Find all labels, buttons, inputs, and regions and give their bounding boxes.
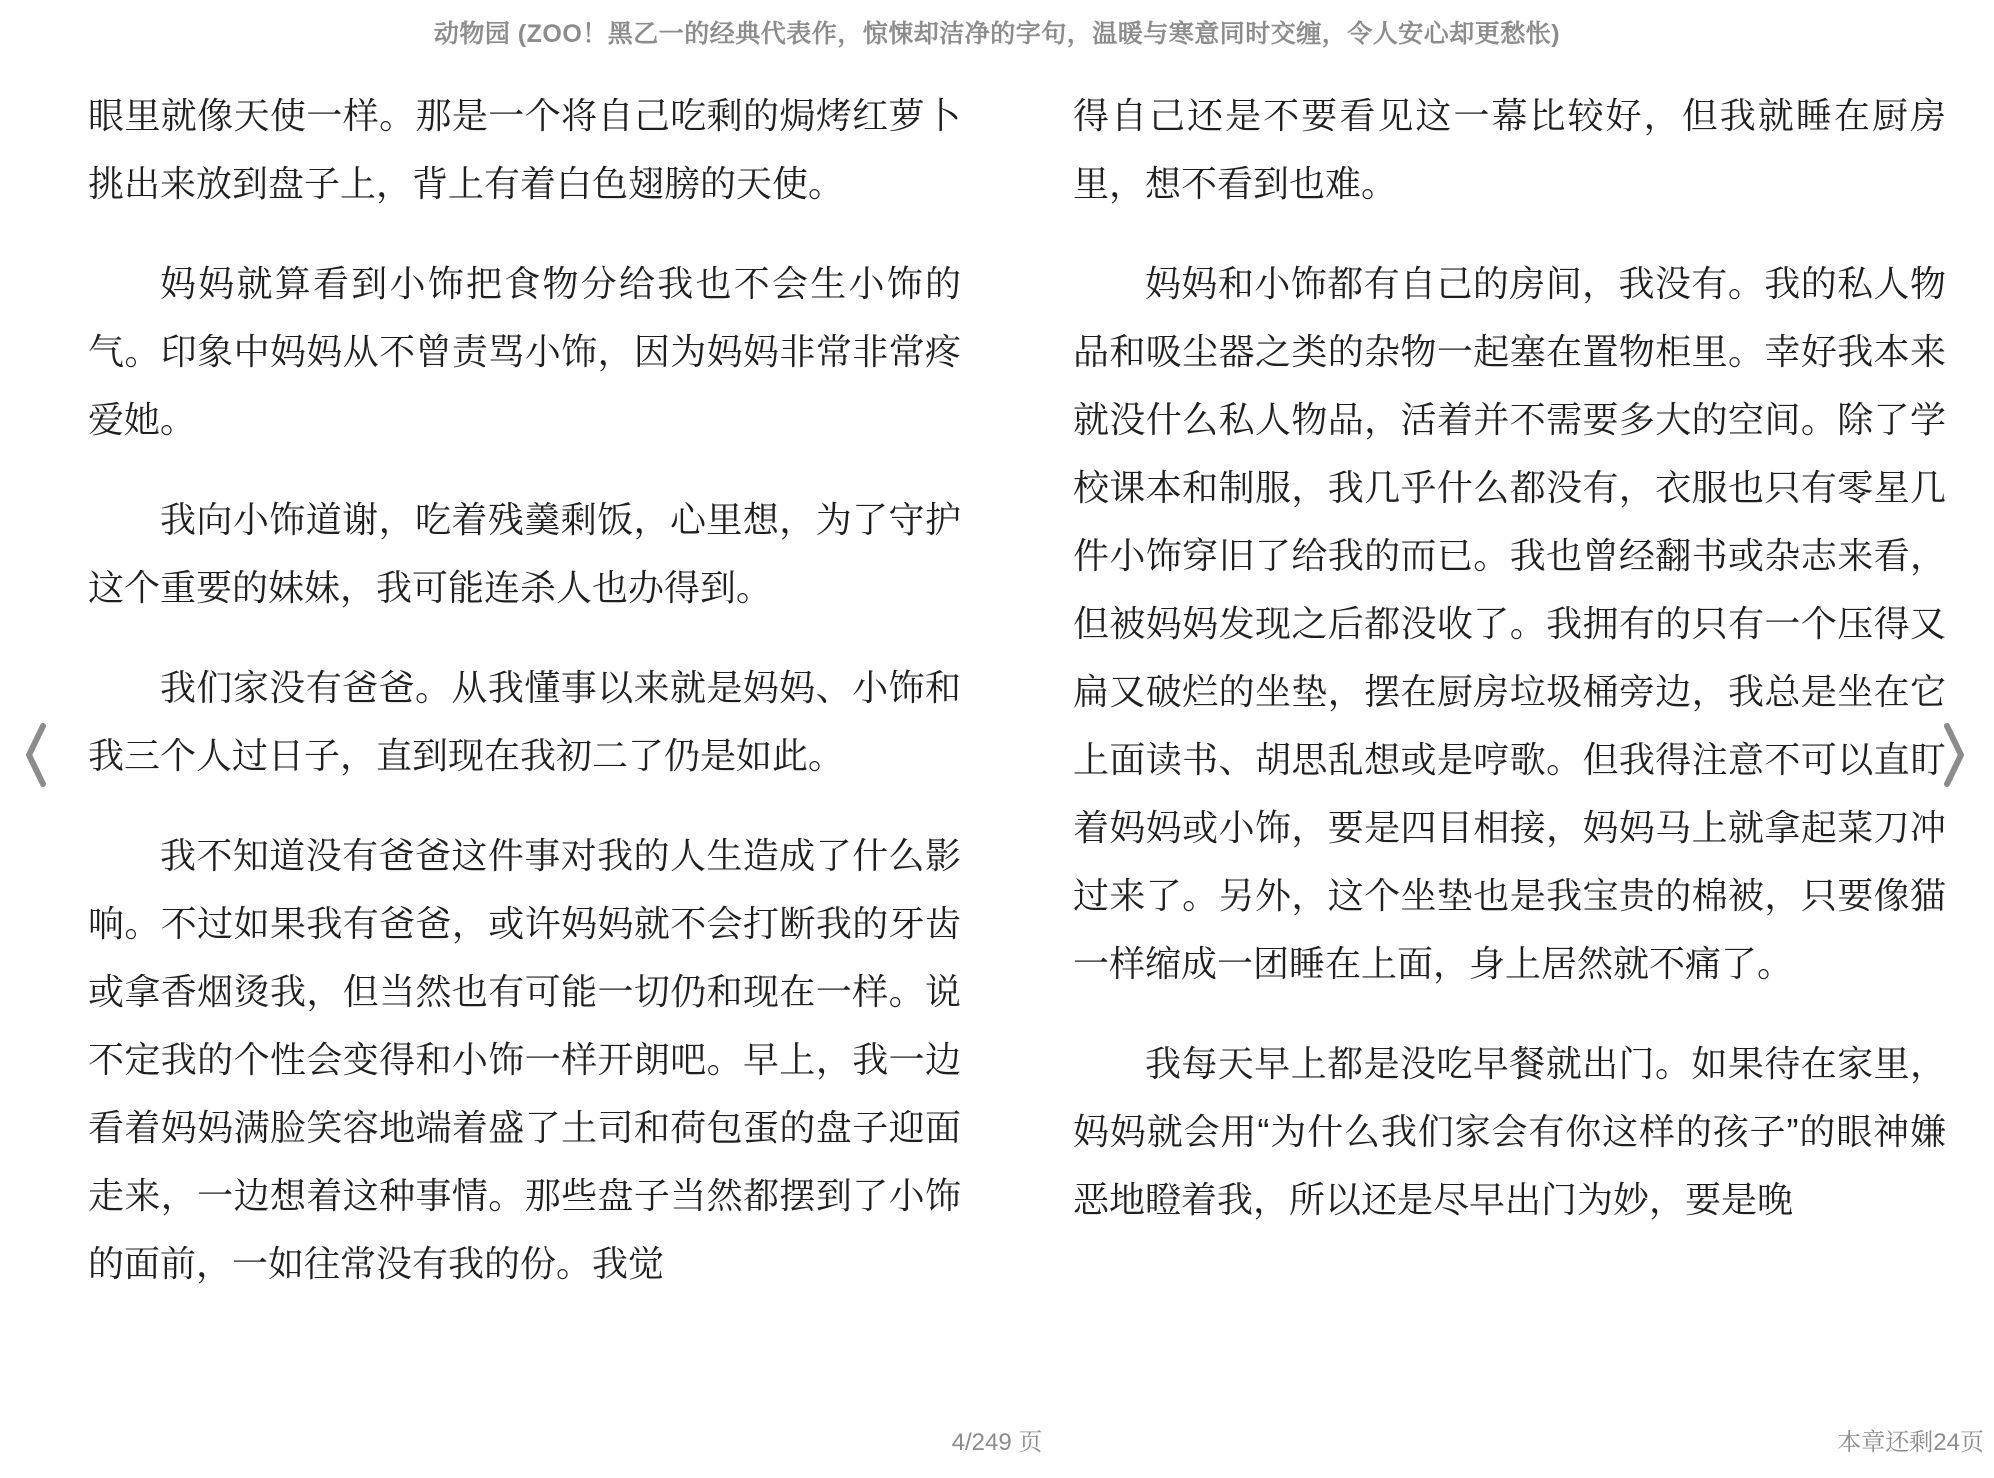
left-page-column: 眼里就像天使一样。那是一个将自己吃剩的焗烤红萝卜挑出来放到盘子上，背上有着白色翅… (88, 82, 961, 1298)
book-title: 动物园 (ZOO！黑乙一的经典代表作，惊悚却洁净的字句，温暖与寒意同时交缠，令人… (0, 14, 1994, 50)
paragraph: 眼里就像天使一样。那是一个将自己吃剩的焗烤红萝卜挑出来放到盘子上，背上有着白色翅… (88, 82, 961, 218)
right-page-column: 得自己还是不要看见这一幕比较好，但我就睡在厨房里，想不看到也难。 妈妈和小饰都有… (1073, 82, 1946, 1298)
paragraph: 我向小饰道谢，吃着残羹剩饭，心里想，为了守护这个重要的妹妹，我可能连杀人也办得到… (88, 486, 961, 622)
reading-area: 眼里就像天使一样。那是一个将自己吃剩的焗烤红萝卜挑出来放到盘子上，背上有着白色翅… (88, 82, 1946, 1298)
paragraph: 得自己还是不要看见这一幕比较好，但我就睡在厨房里，想不看到也难。 (1073, 82, 1946, 218)
reader-footer: 4/249 页 本章还剩24页 (0, 1422, 1994, 1458)
paragraph: 妈妈和小饰都有自己的房间，我没有。我的私人物品和吸尘器之类的杂物一起塞在置物柜里… (1073, 250, 1946, 998)
paragraph: 妈妈就算看到小饰把食物分给我也不会生小饰的气。印象中妈妈从不曾责骂小饰，因为妈妈… (88, 250, 961, 454)
paragraph: 我们家没有爸爸。从我懂事以来就是妈妈、小饰和我三个人过日子，直到现在我初二了仍是… (88, 654, 961, 790)
paragraph: 我每天早上都是没吃早餐就出门。如果待在家里，妈妈就会用“为什么我们家会有你这样的… (1073, 1030, 1946, 1234)
chapter-remaining-label: 本章还剩24页 (1837, 1422, 1984, 1457)
paragraph: 我不知道没有爸爸这件事对我的人生造成了什么影响。不过如果我有爸爸，或许妈妈就不会… (88, 822, 961, 1298)
page-indicator: 4/249 页 (952, 1422, 1043, 1457)
prev-page-button[interactable] (8, 716, 64, 794)
chevron-left-icon (23, 722, 49, 788)
book-title-bar: 动物园 (ZOO！黑乙一的经典代表作，惊悚却洁净的字句，温暖与寒意同时交缠，令人… (0, 14, 1994, 50)
